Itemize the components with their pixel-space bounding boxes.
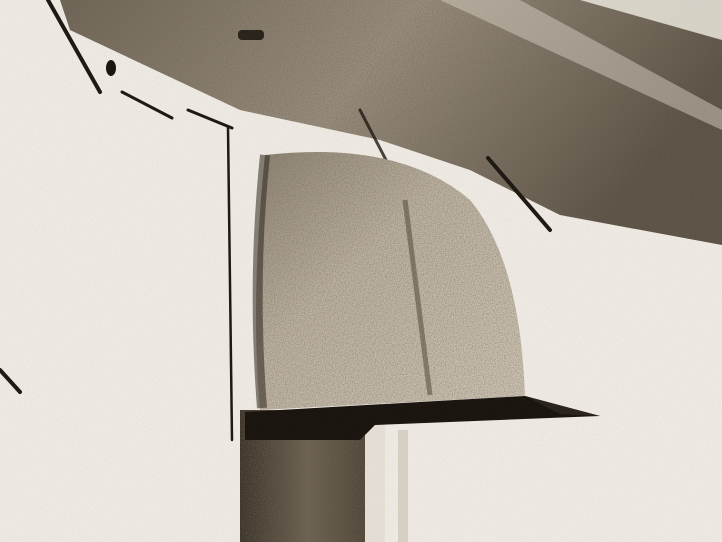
photo-canvas	[0, 0, 722, 542]
film-grain	[0, 0, 722, 542]
photograph	[0, 0, 722, 542]
